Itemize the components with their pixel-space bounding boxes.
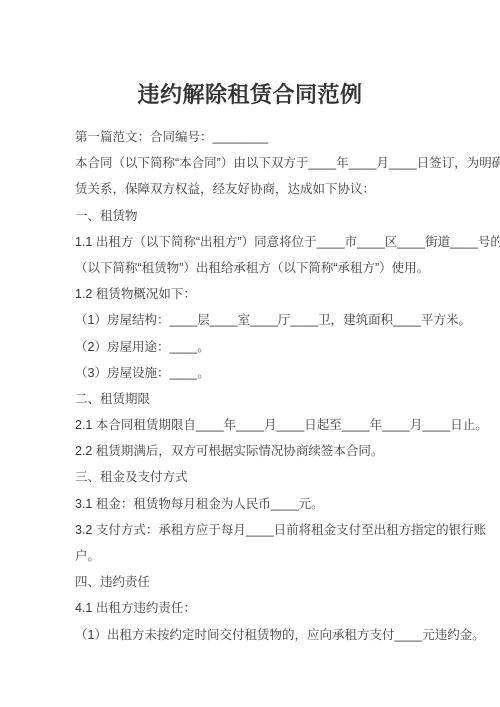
document-line: 户。 bbox=[75, 543, 465, 569]
document-body: 第一篇范文：合同编号：________ 本合同（以下简称“本合同”）由以下双方于… bbox=[75, 124, 465, 648]
document-line: 4.1 出租方违约责任： bbox=[75, 595, 465, 621]
document-line: 3.2 支付方式：承租方应于每月____日前将租金支付至出租方指定的银行账 bbox=[75, 517, 465, 543]
document-line: （3）房屋设施：____。 bbox=[75, 360, 465, 386]
document-section-heading: 四、违约责任 bbox=[75, 569, 465, 595]
document-line: 1.1 出租方（以下简称“出租方”）同意将位于____市____区____街道_… bbox=[75, 229, 465, 255]
document-line: （以下简称“租赁物”）出租给承租方（以下简称“承租方”）使用。 bbox=[75, 255, 465, 281]
document-line: 本合同（以下简称“本合同”）由以下双方于____年____月____日签订，为明… bbox=[75, 150, 465, 176]
document-line: 2.2 租赁期满后，双方可根据实际情况协商续签本合同。 bbox=[75, 438, 465, 464]
document-line: 3.1 租金：租赁物每月租金为人民币____元。 bbox=[75, 491, 465, 517]
document-line: 2.1 本合同租赁期限自____年____月____日起至____年____月_… bbox=[75, 412, 465, 438]
document-section-heading: 二、租赁期限 bbox=[75, 386, 465, 412]
document-line: （1）房屋结构：____层____室____厅____卫，建筑面积____平方米… bbox=[75, 307, 465, 333]
document-line: （2）房屋用途：____。 bbox=[75, 334, 465, 360]
document-line: 1.2 租赁物概况如下： bbox=[75, 281, 465, 307]
document-line: 赁关系，保障双方权益，经友好协商，达成如下协议： bbox=[75, 176, 465, 202]
document-line: 第一篇范文：合同编号：________ bbox=[75, 124, 465, 150]
document-section-heading: 一、租赁物 bbox=[75, 203, 465, 229]
document-section-heading: 三、租金及支付方式 bbox=[75, 464, 465, 490]
document-line: （1）出租方未按约定时间交付租赁物的，应向承租方支付____元违约金。 bbox=[75, 622, 465, 648]
document-title: 违约解除租赁合同范例 bbox=[0, 80, 500, 110]
contract-document-page: 违约解除租赁合同范例 第一篇范文：合同编号：________ 本合同（以下简称“… bbox=[0, 0, 500, 707]
